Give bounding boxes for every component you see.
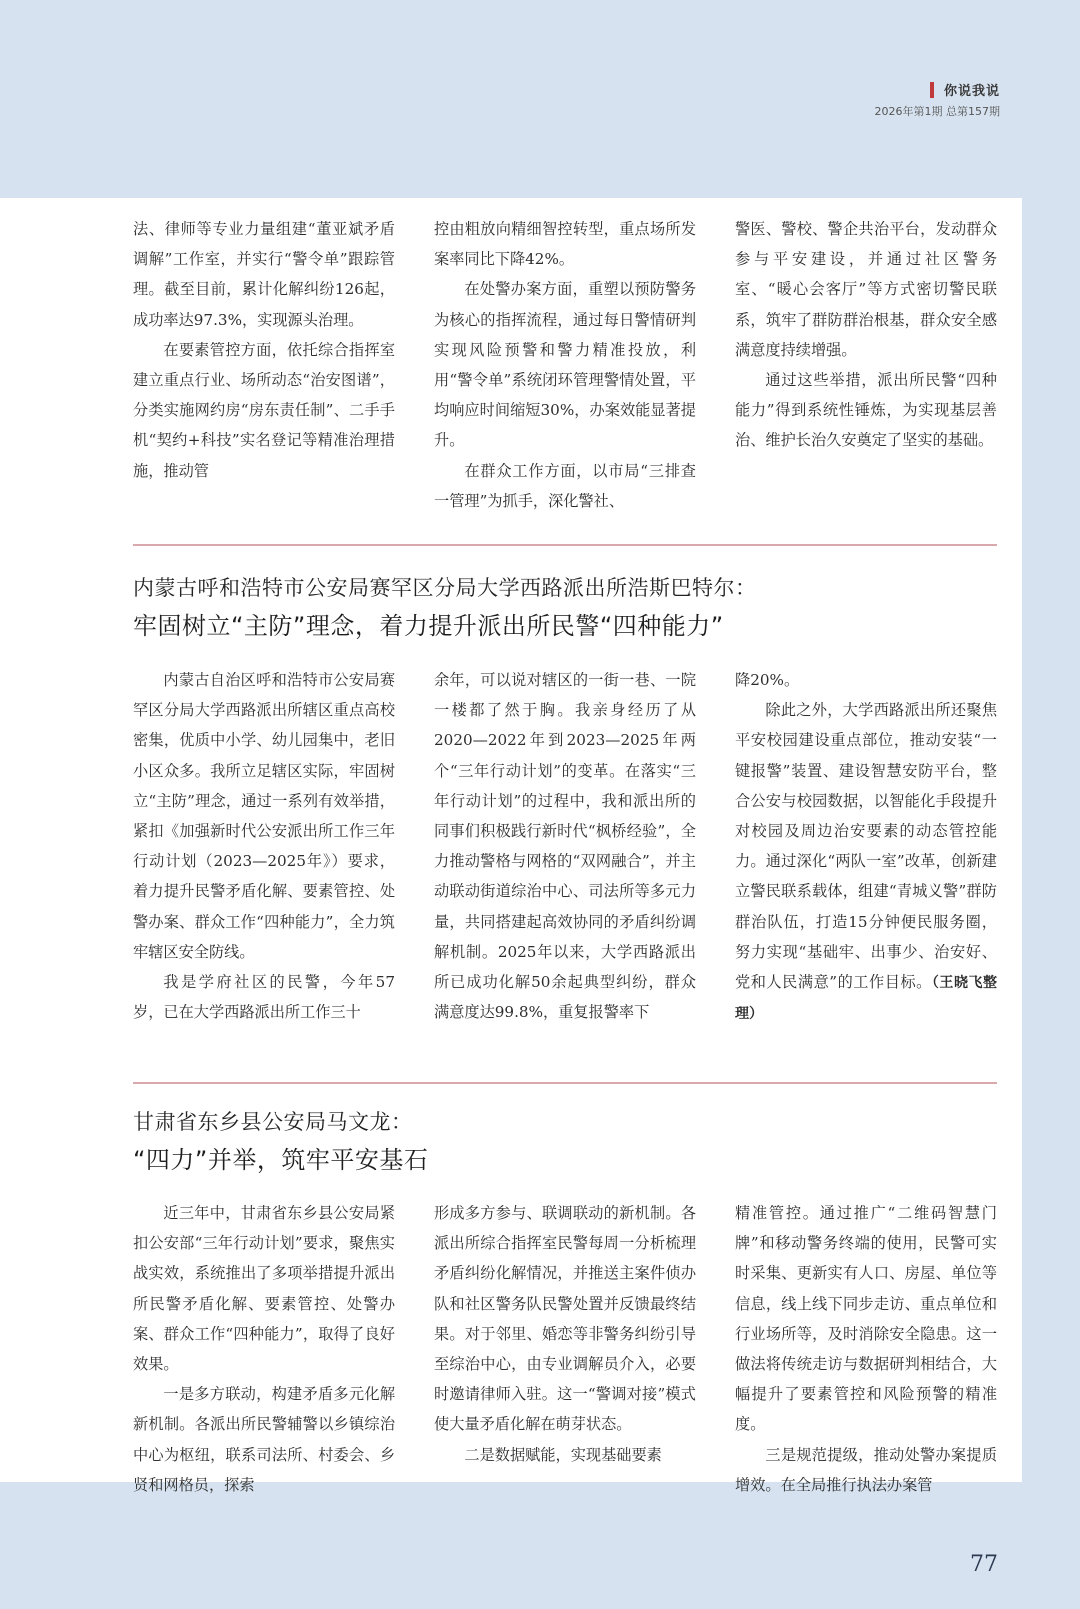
- paragraph: 余年，可以说对辖区的一街一巷、一院一楼都了然于胸。我亲身经历了从2020—202…: [434, 665, 696, 1027]
- column-3: 精准管控。通过推广“二维码智慧门牌”和移动警务终端的使用，民警可实时采集、更新实…: [735, 1198, 997, 1500]
- column-3: 警医、警校、警企共治平台，发动群众参与平安建设，并通过社区警务室、“暖心会客厅”…: [735, 214, 997, 516]
- paragraph: 法、律师等专业力量组建“董亚斌矛盾调解”工作室，并实行“警令单”跟踪管理。截至目…: [133, 214, 395, 335]
- paragraph: 在要素管控方面，依托综合指挥室建立重点行业、场所动态“治安图谱”，分类实施网约房…: [133, 335, 395, 486]
- paragraph: 降20%。: [735, 665, 997, 695]
- column-1: 法、律师等专业力量组建“董亚斌矛盾调解”工作室，并实行“警令单”跟踪管理。截至目…: [133, 214, 395, 516]
- paragraph: 我是学府社区的民警，今年57岁，已在大学西路派出所工作三十: [133, 967, 395, 1027]
- paragraph: 警医、警校、警企共治平台，发动群众参与平安建设，并通过社区警务室、“暖心会客厅”…: [735, 214, 997, 365]
- paragraph: 通过这些举措，派出所民警“四种能力”得到系统性锤炼，为实现基层善治、维护长治久安…: [735, 365, 997, 456]
- paragraph: 形成多方参与、联调联动的新机制。各派出所综合指挥室民警每周一分析梳理矛盾纠纷化解…: [434, 1198, 696, 1440]
- issue-info: 2026年第1期 总第157期: [875, 103, 1001, 119]
- article2-body: 内蒙古自治区呼和浩特市公安局赛罕区分局大学西路派出所辖区重点高校密集，优质中小学…: [133, 665, 997, 1029]
- paragraph: 控由粗放向精细智控转型，重点场所发案率同比下降42%。: [434, 214, 696, 274]
- section-divider: [133, 1082, 997, 1084]
- page-header: 你说我说 2026年第1期 总第157期: [0, 0, 1080, 198]
- paragraph-text: 除此之外，大学西路派出所还聚焦平安校园建设重点部位，推动安装“一键报警”装置、建…: [735, 701, 997, 991]
- column-2: 形成多方参与、联调联动的新机制。各派出所综合指挥室民警每周一分析梳理矛盾纠纷化解…: [434, 1198, 696, 1500]
- red-bar-icon: [930, 82, 934, 98]
- page-number: 77: [970, 1552, 998, 1577]
- article2-kicker: 内蒙古呼和浩特市公安局赛罕区分局大学西路派出所浩斯巴特尔：: [133, 572, 757, 602]
- section-title: 你说我说: [944, 80, 1000, 99]
- paragraph: 一是多方联动，构建矛盾多元化解新机制。各派出所民警辅警以乡镇综治中心为枢纽，联系…: [133, 1379, 395, 1500]
- paragraph: 内蒙古自治区呼和浩特市公安局赛罕区分局大学西路派出所辖区重点高校密集，优质中小学…: [133, 665, 395, 967]
- continued-article: 法、律师等专业力量组建“董亚斌矛盾调解”工作室，并实行“警令单”跟踪管理。截至目…: [133, 214, 997, 516]
- article3-headline: “四力”并举，筑牢平安基石: [133, 1140, 428, 1175]
- article3-body: 近三年中，甘肃省东乡县公安局紧扣公安部“三年行动计划”要求，聚焦实战实效，系统推…: [133, 1198, 997, 1500]
- paragraph: 在处警办案方面，重塑以预防警务为核心的指挥流程，通过每日警情研判实现风险预警和警…: [434, 274, 696, 455]
- paragraph: 精准管控。通过推广“二维码智慧门牌”和移动警务终端的使用，民警可实时采集、更新实…: [735, 1198, 997, 1440]
- article2-headline: 牢固树立“主防”理念，着力提升派出所民警“四种能力”: [133, 606, 724, 641]
- column-2: 控由粗放向精细智控转型，重点场所发案率同比下降42%。 在处警办案方面，重塑以预…: [434, 214, 696, 516]
- article3-kicker: 甘肃省东乡县公安局马文龙：: [133, 1106, 413, 1136]
- column-1: 内蒙古自治区呼和浩特市公安局赛罕区分局大学西路派出所辖区重点高校密集，优质中小学…: [133, 665, 395, 1029]
- column-3: 降20%。 除此之外，大学西路派出所还聚焦平安校园建设重点部位，推动安装“一键报…: [735, 665, 997, 1029]
- column-2: 余年，可以说对辖区的一街一巷、一院一楼都了然于胸。我亲身经历了从2020—202…: [434, 665, 696, 1029]
- section-divider: [133, 544, 997, 546]
- column-1: 近三年中，甘肃省东乡县公安局紧扣公安部“三年行动计划”要求，聚焦实战实效，系统推…: [133, 1198, 395, 1500]
- paragraph: 二是数据赋能，实现基础要素: [434, 1440, 696, 1470]
- paragraph: 近三年中，甘肃省东乡县公安局紧扣公安部“三年行动计划”要求，聚焦实战实效，系统推…: [133, 1198, 395, 1379]
- paragraph: 除此之外，大学西路派出所还聚焦平安校园建设重点部位，推动安装“一键报警”装置、建…: [735, 695, 997, 1029]
- paragraph: 三是规范提级，推动处警办案提质增效。在全局推行执法办案管: [735, 1440, 997, 1500]
- section-tag: 你说我说: [930, 80, 1000, 99]
- paragraph: 在群众工作方面，以市局“三排查一管理”为抓手，深化警社、: [434, 456, 696, 516]
